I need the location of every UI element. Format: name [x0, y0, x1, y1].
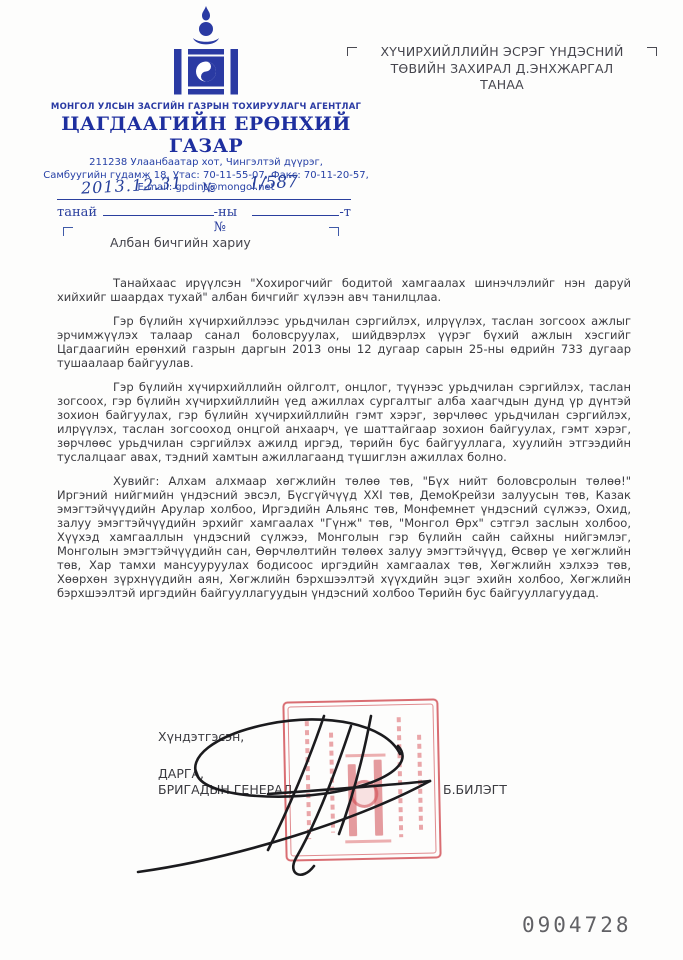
corner-bracket-left-icon	[63, 227, 73, 236]
paragraph-3: Гэр бүлийн хүчирхийллийн ойлголт, онцлог…	[57, 380, 631, 464]
outgoing-ref-row: 2013.12.31 № 1/587	[57, 176, 351, 200]
signer-title-2: БРИГАДЫН ГЕНЕРАЛ	[158, 782, 292, 797]
subject-line: Албан бичгийн хариу	[110, 235, 251, 250]
scanned-letter-page: МОНГОЛ УЛСЫН ЗАСГИЙН ГАЗРЫН ТОХИРУУЛАГЧ …	[0, 0, 683, 960]
blank-line	[252, 201, 340, 216]
reference-block: 2013.12.31 № 1/587 танай -ны № -т	[57, 176, 351, 220]
signer-name: Б.БИЛЭГТ	[443, 782, 507, 797]
paragraph-1: Танайхаас ирүүлсэн "Хохирогчийг бодитой …	[57, 276, 631, 304]
your-ref-prefix: танай	[57, 205, 97, 220]
corner-bracket-right-icon	[647, 47, 657, 56]
recipient-line-1: ХҮЧИРХИЙЛЛИЙН ЭСРЭГ ҮНДЭСНИЙ	[345, 44, 659, 61]
subject-block: Албан бичгийн хариу	[57, 227, 339, 253]
handwritten-date: 2013.12.31	[81, 173, 183, 197]
signer-title-1: ДАРГА,	[158, 766, 204, 781]
official-red-stamp	[282, 698, 441, 861]
address-line-1: 211238 Улаанбаатар хот, Чингэлтэй дүүрэг…	[40, 157, 372, 170]
closing-line: Хүндэтгэсэн,	[158, 729, 244, 744]
letterhead: МОНГОЛ УЛСЫН ЗАСГИЙН ГАЗРЫН ТОХИРУУЛАГЧ …	[40, 5, 372, 195]
corner-bracket-left-icon	[347, 47, 357, 56]
your-ref-suffix: -т	[339, 205, 351, 220]
letter-body: Танайхаас ирүүлсэн "Хохирогчийг бодитой …	[57, 276, 631, 610]
corner-bracket-right-icon	[329, 227, 339, 236]
blank-line	[103, 201, 214, 216]
paragraph-4: Хувийг: Алхам алхмаар хөгжлийн төлөө төв…	[57, 474, 631, 600]
number-sign: №	[202, 181, 214, 196]
soyombo-logo-icon	[162, 5, 250, 99]
agency-line: МОНГОЛ УЛСЫН ЗАСГИЙН ГАЗРЫН ТОХИРУУЛАГЧ …	[40, 102, 372, 112]
serial-number: 0904728	[522, 913, 632, 937]
recipient-line-3: ТАНАА	[345, 77, 659, 94]
paragraph-2: Гэр бүлийн хүчирхийллээс урьдчилан сэрги…	[57, 314, 631, 370]
recipient-block: ХҮЧИРХИЙЛЛИЙН ЭСРЭГ ҮНДЭСНИЙ ТӨВИЙН ЗАХИ…	[345, 44, 659, 94]
incoming-ref-row: танай -ны № -т	[57, 201, 351, 220]
recipient-line-2: ТӨВИЙН ЗАХИРАЛ Д.ЭНХЖАРГАЛ	[345, 61, 659, 78]
handwritten-number: 1/587	[249, 172, 299, 194]
organization-name: ЦАГДААГИЙН ЕРӨНХИЙ ГАЗАР	[40, 113, 372, 157]
